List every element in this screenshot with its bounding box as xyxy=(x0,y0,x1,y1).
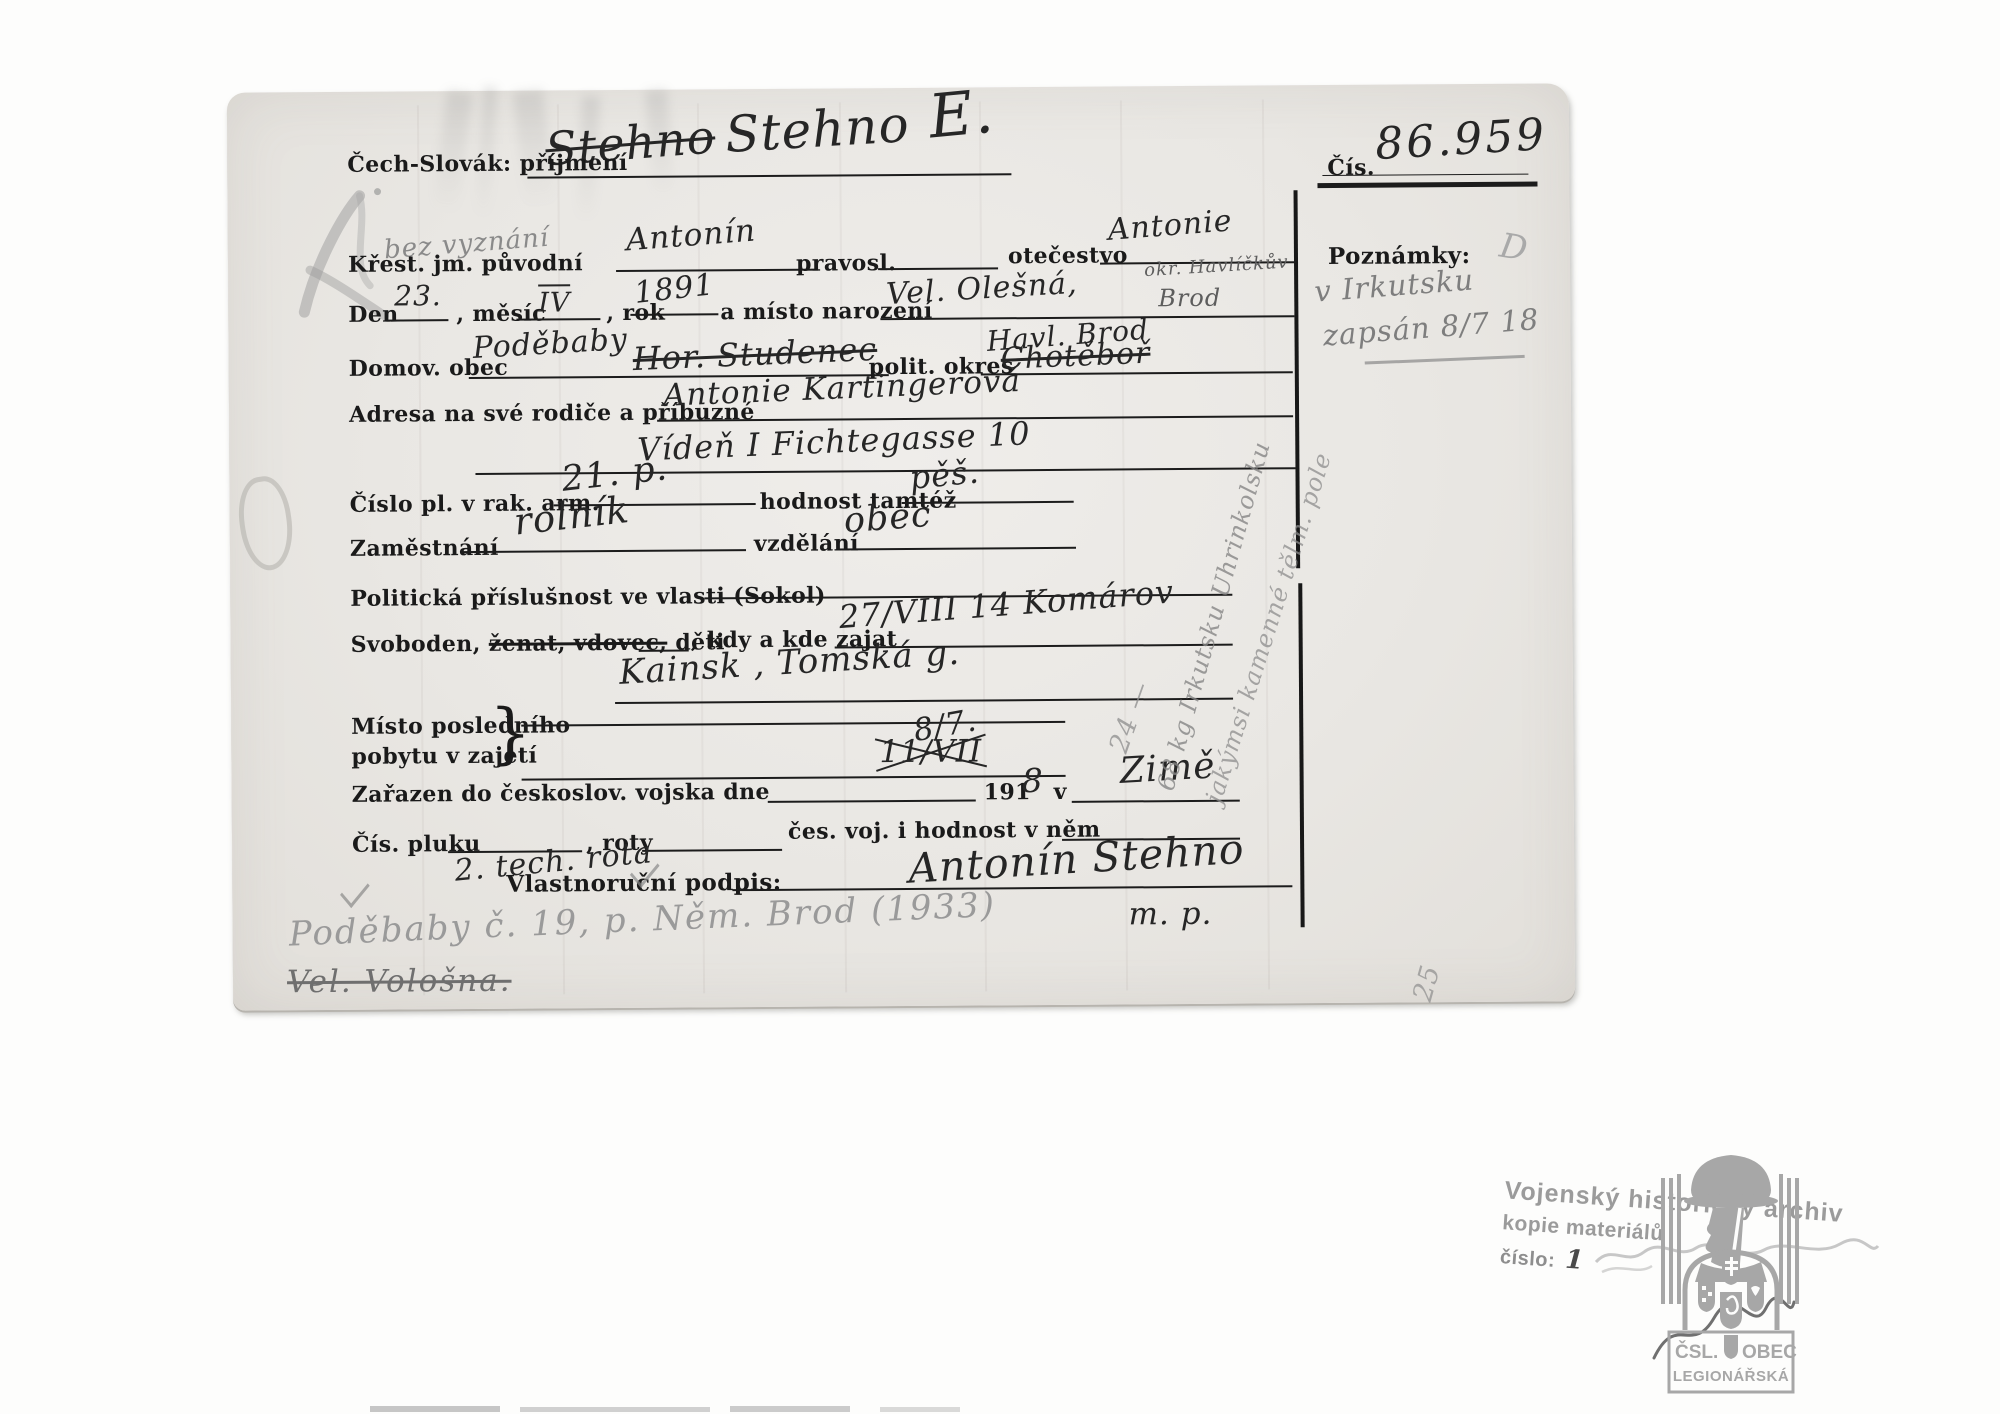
number-label: Čís. xyxy=(1327,155,1375,181)
year-rule xyxy=(630,313,718,316)
archive-stamp-number-label: číslo: xyxy=(1499,1246,1556,1272)
notes-pencil-line2: zapsán 8/7 18 xyxy=(1321,302,1540,353)
firstname-rule xyxy=(616,269,818,272)
number-value-handwriting: 86.959 xyxy=(1374,109,1549,170)
archive-stamp-number-handwriting: 1 xyxy=(1564,1245,1585,1276)
lastplace-brace: } xyxy=(489,695,532,772)
enlisted-v-label: v xyxy=(1054,779,1067,805)
orthodox-label: pravosl. xyxy=(796,250,896,277)
emblem-bar xyxy=(1787,1178,1791,1304)
number-rule xyxy=(1322,174,1528,176)
company-rule xyxy=(642,849,782,852)
scan-edge-artifact xyxy=(370,1406,500,1412)
number-rule-thick xyxy=(1317,182,1537,189)
pencil-tick xyxy=(340,873,370,908)
education-label: vzdělání xyxy=(754,530,859,557)
month-label: , měsíc xyxy=(456,300,546,327)
emblem-bar xyxy=(1677,1174,1681,1304)
day-value-handwriting: 23. xyxy=(394,279,442,312)
day-label: Den xyxy=(348,302,398,328)
pencil-loop-mark xyxy=(233,473,298,574)
birthplace-pencil-note: Brod xyxy=(1158,284,1221,312)
emblem-bar xyxy=(1661,1178,1665,1304)
firstname-label: Křest. jm. původní xyxy=(348,250,583,278)
diagonal-scrawl-3: 24 — xyxy=(1103,677,1157,757)
emblem-bar xyxy=(1669,1178,1673,1304)
enlisted-label: Zařazen do českoslov. vojska dne xyxy=(352,779,770,808)
rank-value-handwriting: pěš. xyxy=(908,452,981,496)
education-value-handwriting: obec xyxy=(842,495,933,542)
firstname-value-handwriting: Antonín xyxy=(625,213,758,259)
corner-pencil-mark: D xyxy=(1497,226,1532,270)
nationality-surname-label: Čech-Slovák: příjmení xyxy=(347,150,628,178)
birthplace-value-handwriting: Vel. Olešná, xyxy=(885,266,1078,312)
patronymic-value-handwriting: Antonie xyxy=(1107,203,1234,247)
district-pencil-note: okr. Havlíčkův xyxy=(1144,252,1290,282)
soldier-helmet xyxy=(1691,1155,1771,1199)
enlisted-year-written-handwriting: 8 xyxy=(1021,761,1043,800)
emblem-text-legionarska: LEGIONÁŘSKÁ xyxy=(1673,1367,1789,1385)
emblem-bar xyxy=(1779,1174,1783,1304)
emblem-text-csl: ČSL. xyxy=(1675,1341,1718,1363)
helmet-brim xyxy=(1684,1194,1778,1208)
occupation-label: Zaměstnání xyxy=(350,535,499,562)
scan-edge-artifact xyxy=(520,1407,710,1412)
month-value-handwriting: IV xyxy=(538,284,570,318)
column-divider xyxy=(1298,583,1304,927)
year-value-handwriting: 1891 xyxy=(632,267,716,311)
marital-free: Svoboden, xyxy=(351,631,481,658)
mp-handwriting: m. p. xyxy=(1128,896,1212,933)
month-rule xyxy=(516,318,600,321)
legion-registration-card: Stehno Stehno E. Čech-Slovák: příjmení Č… xyxy=(227,83,1575,1010)
notes-pencil-rule xyxy=(1365,355,1525,365)
bottom-pencil-line2: Vel. Vološna. xyxy=(287,963,512,1001)
surname-initial-handwriting: E. xyxy=(926,77,997,153)
enlisted-date-rule xyxy=(768,799,976,802)
education-rule xyxy=(838,547,1076,551)
day-rule xyxy=(386,319,448,321)
surname-handwriting: Stehno xyxy=(724,95,912,164)
occupation-rule xyxy=(460,549,746,553)
emblem-text-obec: OBEC xyxy=(1742,1342,1797,1363)
scan-edge-artifact xyxy=(880,1407,960,1412)
shield-left xyxy=(1698,1282,1715,1312)
home-village-new-handwriting: Poděbaby xyxy=(472,322,629,366)
paper-fold-line xyxy=(1262,99,1270,989)
scan-edge-artifact xyxy=(730,1406,850,1412)
political-district-struck-handwriting: Chotěboř xyxy=(1000,336,1151,377)
legion-emblem: ČSL. OBEC LEGIONÁŘSKÁ xyxy=(1655,1150,1807,1398)
diagonal-scrawl-4: 25 xyxy=(1407,961,1447,1004)
emblem-bar xyxy=(1795,1178,1799,1304)
emblem-small-shield xyxy=(1724,1335,1738,1359)
